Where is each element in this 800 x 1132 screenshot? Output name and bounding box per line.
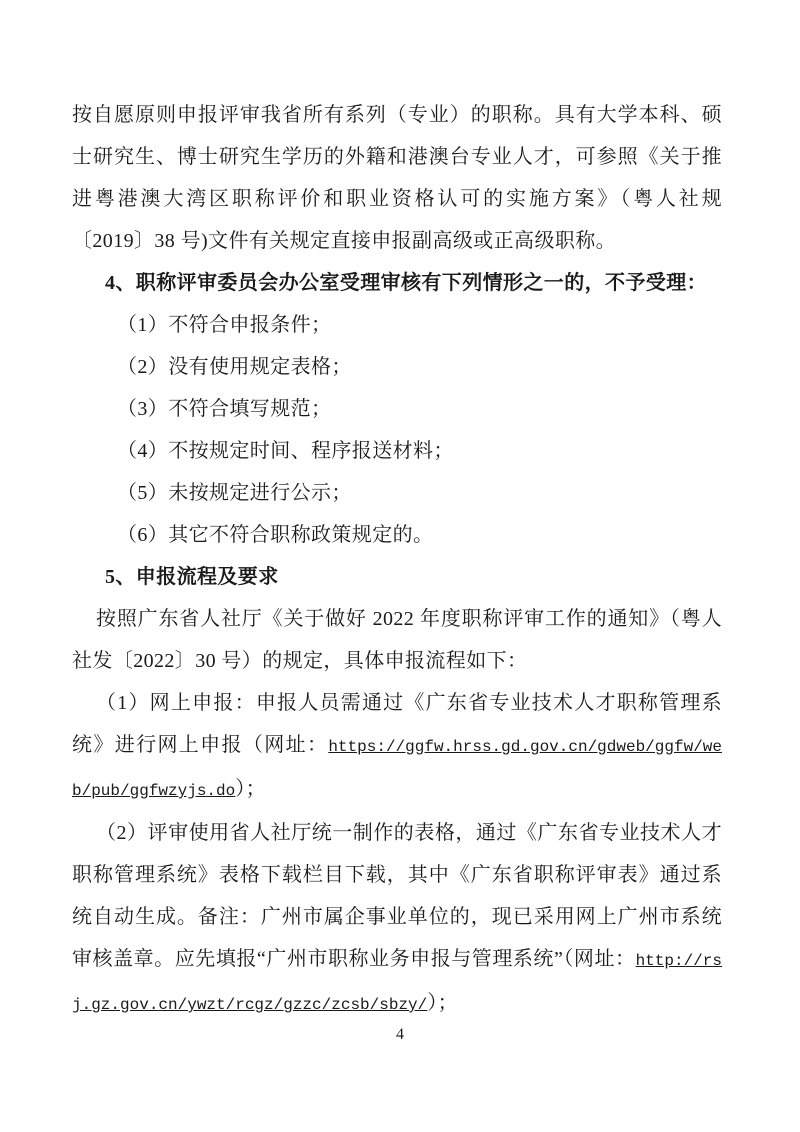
step1-text-after-link: ）；: [235, 778, 266, 800]
section4-item-2: （2）没有使用规定表格；: [72, 346, 722, 388]
section4-item-1: （1）不符合申报条件；: [72, 304, 722, 346]
section4-item-5: （5）未按规定进行公示；: [72, 472, 722, 514]
section4-heading: 4、职称评审委员会办公室受理审核有下列情形之一的，不予受理：: [72, 262, 722, 304]
section4-item-6: （6）其它不符合职称政策规定的。: [72, 514, 722, 556]
page-number: 4: [0, 1026, 800, 1044]
section4-item-4: （4）不按规定时间、程序报送材料；: [72, 430, 722, 472]
paragraph-intro: 按自愿原则申报评审我省所有系列（专业）的职称。具有大学本科、硕士研究生、博士研究…: [72, 94, 722, 262]
document-page: 按自愿原则申报评审我省所有系列（专业）的职称。具有大学本科、硕士研究生、博士研究…: [0, 0, 800, 1132]
step2-text-after-link: ）；: [427, 992, 458, 1014]
section4-item-3: （3）不符合填写规范；: [72, 388, 722, 430]
section5-step1-paragraph: （1）网上申报：申报人员需通过《广东省专业技术人才职称管理系统》进行网上申报（网…: [72, 682, 722, 812]
section5-heading: 5、申报流程及要求: [72, 556, 722, 598]
step2-text-before-link: （2）评审使用省人社厅统一制作的表格，通过《广东省专业技术人才职称管理系统》表格…: [72, 822, 722, 970]
document-content: 按自愿原则申报评审我省所有系列（专业）的职称。具有大学本科、硕士研究生、博士研究…: [72, 94, 722, 1026]
section5-intro-paragraph: 按照广东省人社厅《关于做好 2022 年度职称评审工作的通知》（粤人社发〔202…: [72, 598, 722, 682]
section5-step2-paragraph: （2）评审使用省人社厅统一制作的表格，通过《广东省专业技术人才职称管理系统》表格…: [72, 812, 722, 1026]
